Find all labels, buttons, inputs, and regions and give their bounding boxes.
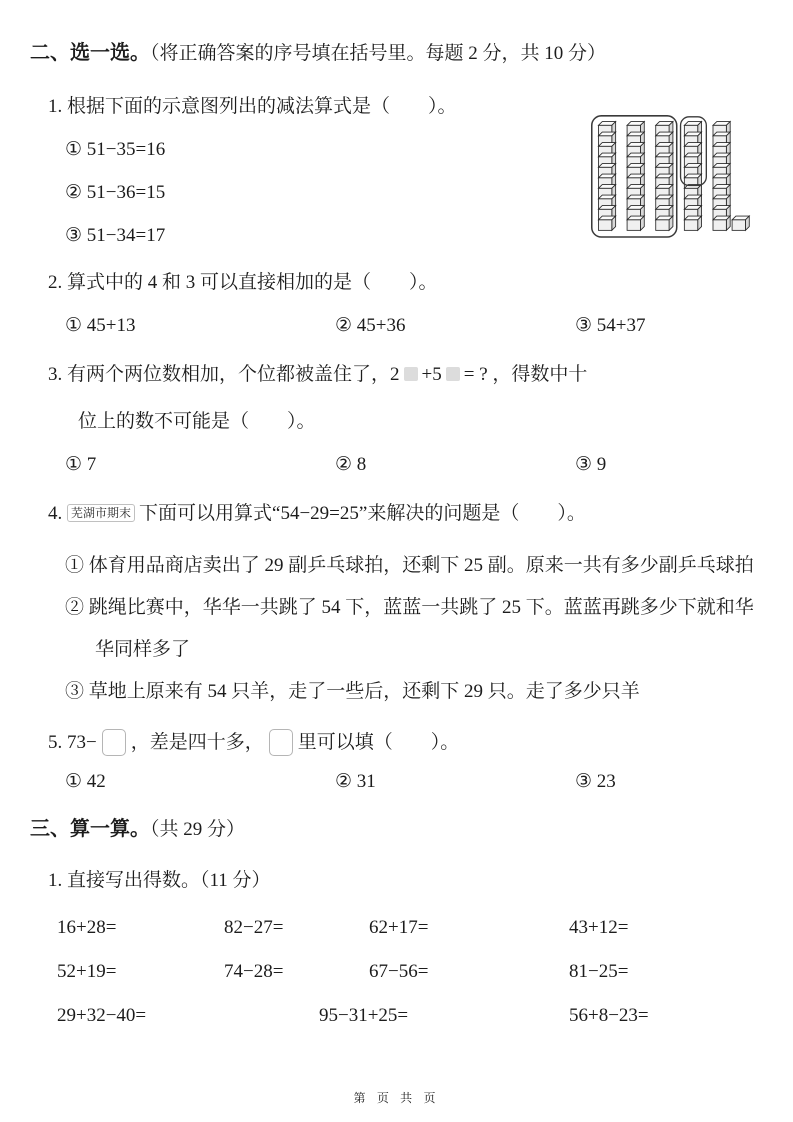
section-3-note: （共 29 分）	[150, 819, 245, 840]
question-3-line1: 3. 有两个两位数相加，个位都被盖住了，2+5= ? ，得数中十	[30, 359, 763, 386]
q5-option-3: ③ 23	[575, 770, 763, 794]
section-3-heading: 三、算一算。（共 29 分）	[30, 812, 763, 841]
question-5-text: 5. 73−，差是四十多，里可以填（ ）。	[30, 727, 763, 756]
page-footer: 第 页 共 页	[0, 1089, 793, 1106]
section-2-note: （将正确答案的序号填在括号里。每题 2 分，共 10 分）	[150, 43, 606, 64]
arith-problem: 56+8−23=	[569, 1004, 763, 1028]
section-2-title: 二、选一选。	[30, 42, 150, 64]
q3-option-2: ② 8	[335, 453, 575, 477]
arithmetic-row-2: 52+19= 74−28= 67−56= 81−25=	[30, 960, 763, 984]
question-3-options: ① 7 ② 8 ③ 9	[30, 453, 763, 477]
arith-problem: 52+19=	[57, 960, 224, 984]
q5-text-pre: 5. 73−	[48, 732, 97, 753]
arith-problem: 67−56=	[369, 960, 569, 984]
base-ten-blocks-diagram	[587, 112, 755, 240]
q4-text-body: 下面可以用算式“54−29=25”来解决的问题是（ ）。	[139, 503, 586, 524]
q4-number: 4.	[48, 503, 62, 524]
arith-problem: 82−27=	[224, 916, 369, 940]
fill-blank-box	[102, 729, 126, 756]
question-3-line2: 位上的数不可能是（ ）。	[30, 406, 763, 433]
q2-option-3: ③ 54+37	[575, 314, 763, 338]
q5-option-2: ② 31	[335, 770, 575, 794]
q5-text-post: 里可以填（ ）。	[298, 732, 460, 753]
worksheet-page: 二、选一选。（将正确答案的序号填在括号里。每题 2 分，共 10 分） 1. 根…	[0, 0, 793, 1122]
arith-problem: 16+28=	[57, 916, 224, 940]
arith-problem: 43+12=	[569, 916, 763, 940]
section-3-title: 三、算一算。	[30, 818, 150, 840]
q5-text-mid: ，差是四十多，	[131, 732, 264, 753]
question-4-text: 4. 芜湖市期末下面可以用算式“54−29=25”来解决的问题是（ ）。	[30, 498, 763, 525]
section-3-sub1: 1. 直接写出得数。（11 分）	[30, 865, 763, 892]
q3-text-mid: +5	[422, 364, 442, 385]
q4-option-1: ① 体育用品商店卖出了 29 副乒乓球拍，还剩下 25 副。原来一共有多少副乒乓…	[30, 545, 760, 587]
q3-text-post: = ? ，得数中十	[464, 364, 588, 385]
q3-option-3: ③ 9	[575, 453, 763, 477]
arith-problem: 74−28=	[224, 960, 369, 984]
q3-option-1: ① 7	[65, 453, 335, 477]
q4-option-3: ③ 草地上原来有 54 只羊，走了一些后，还剩下 29 只。走了多少只羊	[30, 671, 760, 713]
question-5-options: ① 42 ② 31 ③ 23	[30, 770, 763, 794]
exam-source-badge: 芜湖市期末	[67, 504, 135, 522]
q4-option-2: ② 跳绳比赛中，华华一共跳了 54 下，蓝蓝一共跳了 25 下。蓝蓝再跳多少下就…	[30, 587, 760, 671]
fill-blank-box	[269, 729, 293, 756]
q2-option-2: ② 45+36	[335, 314, 575, 338]
q2-option-1: ① 45+13	[65, 314, 335, 338]
question-2-options: ① 45+13 ② 45+36 ③ 54+37	[30, 314, 763, 338]
arith-problem: 29+32−40=	[57, 1004, 319, 1028]
q5-option-1: ① 42	[65, 770, 335, 794]
arith-problem: 95−31+25=	[319, 1004, 569, 1028]
arithmetic-row-1: 16+28= 82−27= 62+17= 43+12=	[30, 916, 763, 940]
q3-text-pre: 3. 有两个两位数相加，个位都被盖住了，2	[48, 364, 400, 385]
section-2-heading: 二、选一选。（将正确答案的序号填在括号里。每题 2 分，共 10 分）	[30, 36, 763, 65]
arith-problem: 62+17=	[369, 916, 569, 940]
arith-problem: 81−25=	[569, 960, 763, 984]
covered-digit-box	[404, 367, 418, 381]
question-2-text: 2. 算式中的 4 和 3 可以直接相加的是（ ）。	[30, 267, 763, 294]
arithmetic-row-3: 29+32−40= 95−31+25= 56+8−23=	[30, 1004, 763, 1028]
base-ten-blocks-svg	[587, 112, 755, 238]
covered-digit-box	[446, 367, 460, 381]
